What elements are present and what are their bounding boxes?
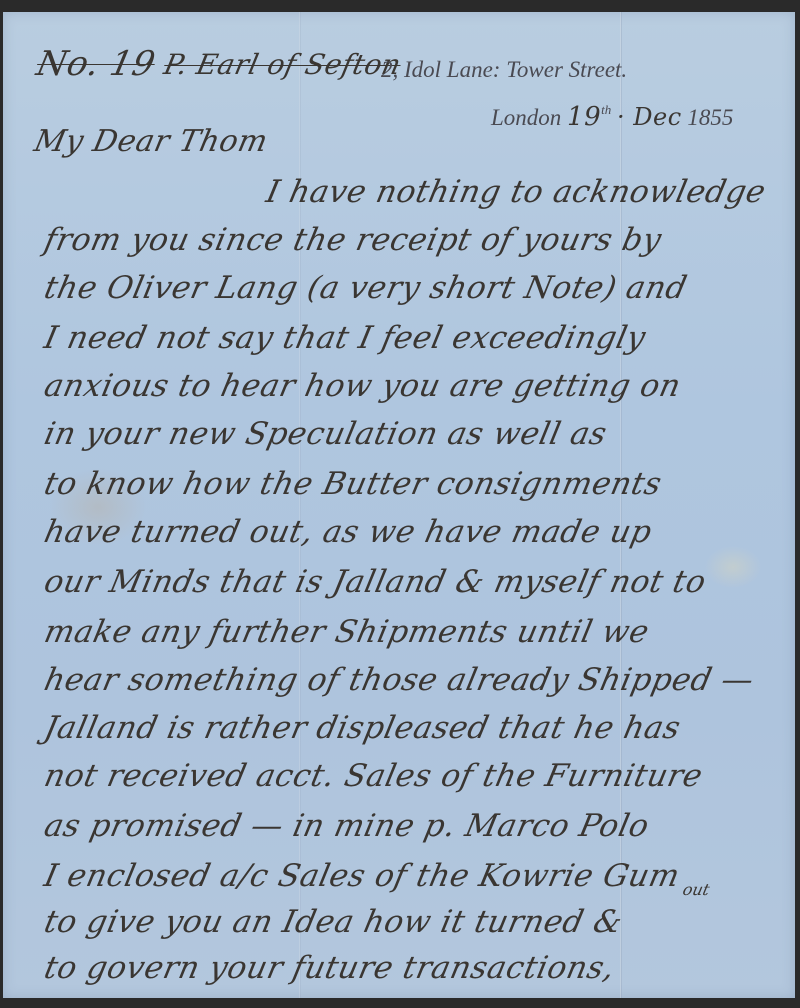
- salutation: My Dear Thom: [31, 124, 271, 159]
- month: Dec: [633, 103, 681, 131]
- day: 19: [567, 102, 601, 132]
- printed-address: 2, Idol Lane: Tower Street.: [381, 57, 627, 83]
- letter-reference-number: No. 19: [33, 44, 159, 84]
- fold-line: [620, 12, 622, 998]
- body-line: make any further Shipments until we: [41, 614, 652, 650]
- body-line: not received acct. Sales of the Furnitur…: [41, 758, 706, 794]
- ship-note: P. Earl of Sefton: [161, 48, 404, 81]
- body-line: the Oliver Lang (a very short Note) and: [41, 270, 690, 306]
- body-line: I have nothing to acknowledge: [263, 174, 769, 210]
- date-line: London 19th · Dec 1855: [491, 102, 733, 132]
- year: 1855: [687, 105, 733, 130]
- letter-page: No. 19 P. Earl of Sefton 2, Idol Lane: T…: [3, 12, 795, 998]
- day-suffix: th: [601, 102, 611, 117]
- fold-line: [299, 12, 301, 998]
- body-line: I enclosed a/c Sales of the Kowrie Gum: [41, 858, 683, 894]
- body-line: from you since the receipt of yours by: [41, 222, 665, 258]
- place: London: [491, 105, 561, 130]
- body-line: to govern your future transactions,: [41, 950, 618, 986]
- body-line: to know how the Butter consignments: [41, 466, 665, 502]
- body-line: as promised — in mine p. Marco Polo: [41, 808, 652, 844]
- body-line: anxious to hear how you are getting on: [41, 368, 684, 404]
- body-line: to give you an Idea how it turned &: [41, 904, 626, 940]
- body-line: in your new Speculation as well as: [41, 416, 610, 452]
- body-line: Jalland is rather displeased that he has: [41, 710, 684, 746]
- body-line: have turned out, as we have made up: [41, 514, 655, 550]
- body-line: hear something of those already Shipped …: [41, 662, 757, 698]
- body-line: our Minds that is Jalland & myself not t…: [41, 564, 709, 600]
- body-line: I need not say that I feel exceedingly: [41, 320, 649, 356]
- interlinear-insertion: out: [681, 880, 711, 899]
